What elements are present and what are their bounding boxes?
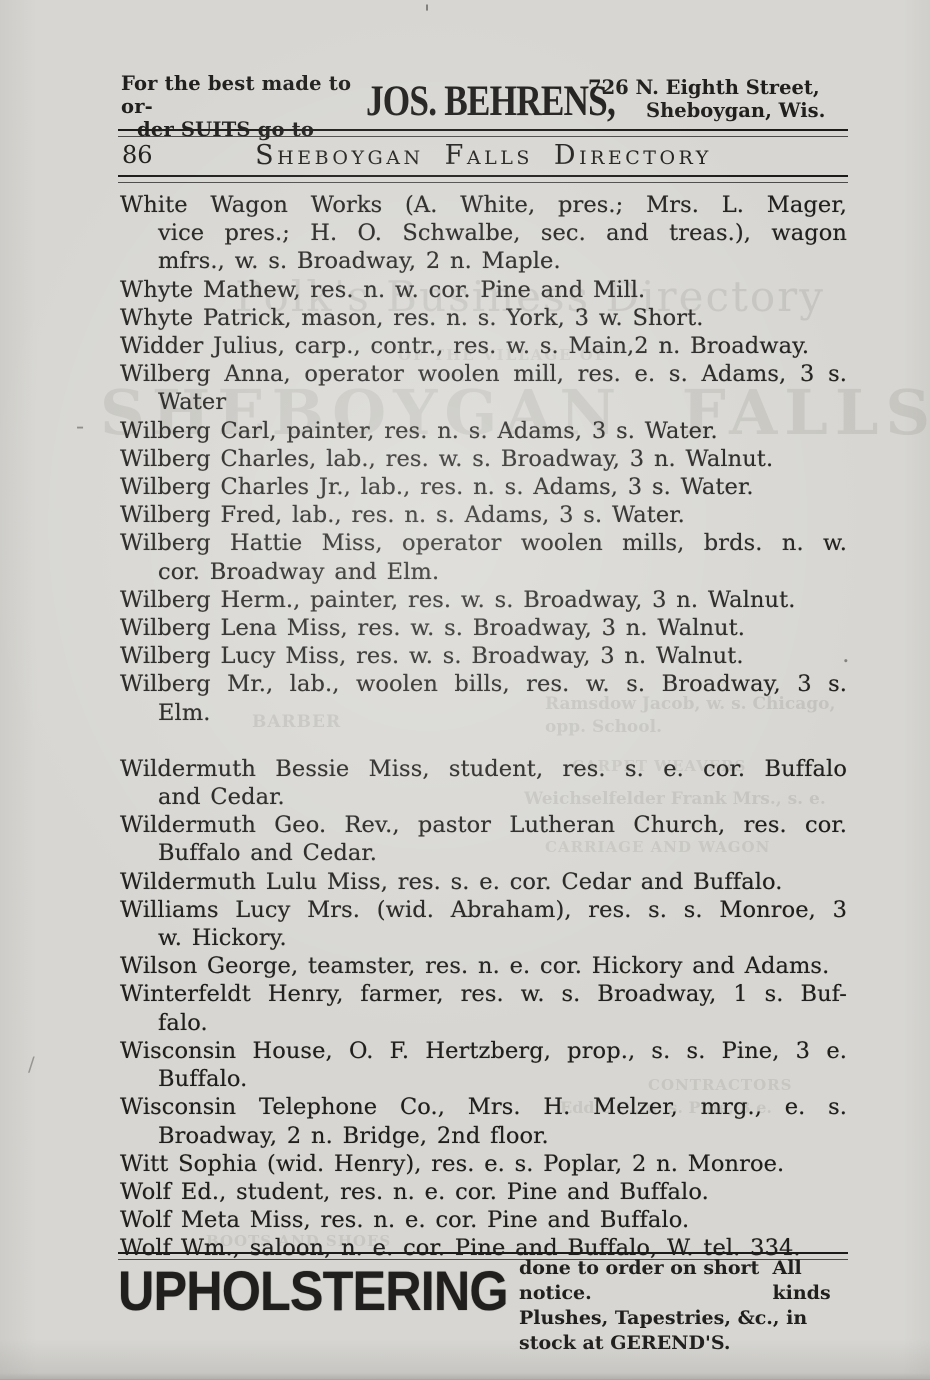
page-scan: For the best made to or- der SUITS go to…	[0, 0, 930, 1380]
directory-line: Wilberg Herm., painter, res. w. s. Broad…	[120, 586, 847, 614]
page-title: Sheboygan Falls Directory	[120, 140, 847, 171]
directory-entry: Winterfeldt Henry, farmer, res. w. s. Br…	[120, 980, 847, 1036]
directory-entry: Wilberg Hattie Miss, operator woolen mil…	[120, 529, 847, 585]
directory-entry: Wilberg Carl, painter, res. n. s. Adams,…	[120, 417, 847, 445]
directory-line: falo.	[120, 1009, 847, 1037]
directory-line: Wildermuth Bessie Miss, student, res. s.…	[120, 755, 847, 783]
header-ad-address-line2: Sheboygan, Wis.	[588, 99, 848, 122]
header-divider-bottom	[118, 175, 848, 183]
header-ad-address: 726 N. Eighth Street, Sheboygan, Wis.	[588, 76, 848, 122]
directory-entry: Wildermuth Geo. Rev., pastor Lutheran Ch…	[120, 811, 847, 867]
directory-entry: Williams Lucy Mrs. (wid. Abraham), res. …	[120, 896, 847, 952]
directory-entry: White Wagon Works (A. White, pres.; Mrs.…	[120, 191, 847, 276]
directory-line: Water	[120, 388, 847, 416]
directory-entry: Wilberg Charles Jr., lab., res. n. s. Ad…	[120, 473, 847, 501]
footer-ad-wordmark: UPHOLSTERING	[118, 1258, 508, 1323]
directory-entry: Whyte Mathew, res. n. w. cor. Pine and M…	[120, 276, 847, 304]
directory-line: Elm.	[120, 699, 847, 727]
directory-line: Witt Sophia (wid. Henry), res. e. s. Pop…	[120, 1150, 847, 1178]
directory-entry: Wildermuth Bessie Miss, student, res. s.…	[120, 755, 847, 811]
directory-list: White Wagon Works (A. White, pres.; Mrs.…	[120, 191, 847, 1263]
footer-ad-line1: done to order on short notice. All kinds	[519, 1256, 847, 1306]
directory-entry: Wilberg Anna, operator woolen mill, res.…	[120, 360, 847, 416]
directory-entry: Widder Julius, carp., contr., res. w. s.…	[120, 332, 847, 360]
footer-ad-line2: Plushes, Tapestries, &c., in stock at GE…	[519, 1306, 847, 1356]
directory-entry: Wilberg Lucy Miss, res. w. s. Broadway, …	[120, 642, 847, 670]
directory-line: Whyte Patrick, mason, res. n. s. York, 3…	[120, 304, 847, 332]
directory-entry: Wisconsin House, O. F. Hertzberg, prop.,…	[120, 1037, 847, 1093]
directory-line: w. Hickory.	[120, 924, 847, 952]
directory-entry: Wildermuth Lulu Miss, res. s. e. cor. Ce…	[120, 868, 847, 896]
directory-line: cor. Broadway and Elm.	[120, 558, 847, 586]
directory-entry: Wilberg Charles, lab., res. w. s. Broadw…	[120, 445, 847, 473]
directory-line: Buffalo.	[120, 1065, 847, 1093]
footer-ad-line1-left: done to order on short notice.	[519, 1256, 772, 1306]
directory-entry: Whyte Patrick, mason, res. n. s. York, 3…	[120, 304, 847, 332]
directory-line: mfrs., w. s. Broadway, 2 n. Maple.	[120, 247, 847, 275]
directory-line: Buffalo and Cedar.	[120, 839, 847, 867]
directory-line: Wilberg Charles, lab., res. w. s. Broadw…	[120, 445, 847, 473]
header-ad-address-line1: 726 N. Eighth Street,	[588, 76, 848, 99]
footer-ad-line1-right: All kinds	[772, 1256, 847, 1306]
directory-entry: Wilberg Herm., painter, res. w. s. Broad…	[120, 586, 847, 614]
header-ad-left-line1: For the best made to or-	[121, 72, 366, 118]
directory-entry: Wolf Meta Miss, res. n. e. cor. Pine and…	[120, 1206, 847, 1234]
directory-entry: Wolf Ed., student, res. n. e. cor. Pine …	[120, 1178, 847, 1206]
directory-line: Wilberg Anna, operator woolen mill, res.…	[120, 360, 847, 388]
directory-entry: Wilberg Fred, lab., res. n. s. Adams, 3 …	[120, 501, 847, 529]
directory-entry: Wilberg Lena Miss, res. w. s. Broadway, …	[120, 614, 847, 642]
directory-line: White Wagon Works (A. White, pres.; Mrs.…	[120, 191, 847, 219]
directory-entry: Wilberg Mr., lab., woolen bills, res. w.…	[120, 670, 847, 726]
directory-line: Wilberg Charles Jr., lab., res. n. s. Ad…	[120, 473, 847, 501]
directory-line: vice pres.; H. O. Schwalbe, sec. and tre…	[120, 219, 847, 247]
directory-line: Williams Lucy Mrs. (wid. Abraham), res. …	[120, 896, 847, 924]
directory-line: Wilson George, teamster, res. n. e. cor.…	[120, 952, 847, 980]
directory-line: Widder Julius, carp., contr., res. w. s.…	[120, 332, 847, 360]
directory-entry: Witt Sophia (wid. Henry), res. e. s. Pop…	[120, 1150, 847, 1178]
directory-line: Wildermuth Geo. Rev., pastor Lutheran Ch…	[120, 811, 847, 839]
directory-line: Wolf Ed., student, res. n. e. cor. Pine …	[120, 1178, 847, 1206]
directory-line: Wilberg Hattie Miss, operator woolen mil…	[120, 529, 847, 557]
directory-line: Wilberg Lucy Miss, res. w. s. Broadway, …	[120, 642, 847, 670]
directory-entry: Wisconsin Telephone Co., Mrs. H. Melzer,…	[120, 1093, 847, 1149]
directory-line: Broadway, 2 n. Bridge, 2nd floor.	[120, 1122, 847, 1150]
directory-line: Wolf Meta Miss, res. n. e. cor. Pine and…	[120, 1206, 847, 1234]
directory-line: Wisconsin House, O. F. Hertzberg, prop.,…	[120, 1037, 847, 1065]
header-ad-business-name: JOS. BEHRENS,	[366, 76, 615, 126]
header-divider-top	[118, 129, 848, 137]
directory-line: and Cedar.	[120, 783, 847, 811]
directory-line: Winterfeldt Henry, farmer, res. w. s. Br…	[120, 980, 847, 1008]
directory-line: Wilberg Mr., lab., woolen bills, res. w.…	[120, 670, 847, 698]
directory-entry: Wilson George, teamster, res. n. e. cor.…	[120, 952, 847, 980]
directory-line: Wilberg Carl, painter, res. n. s. Adams,…	[120, 417, 847, 445]
directory-line: Wisconsin Telephone Co., Mrs. H. Melzer,…	[120, 1093, 847, 1121]
directory-line: Whyte Mathew, res. n. w. cor. Pine and M…	[120, 276, 847, 304]
directory-line: Wilberg Lena Miss, res. w. s. Broadway, …	[120, 614, 847, 642]
directory-line: Wilberg Fred, lab., res. n. s. Adams, 3 …	[120, 501, 847, 529]
photo-bottom-edge	[0, 1373, 930, 1380]
footer-ad-text: done to order on short notice. All kinds…	[519, 1256, 847, 1356]
directory-line: Wildermuth Lulu Miss, res. s. e. cor. Ce…	[120, 868, 847, 896]
